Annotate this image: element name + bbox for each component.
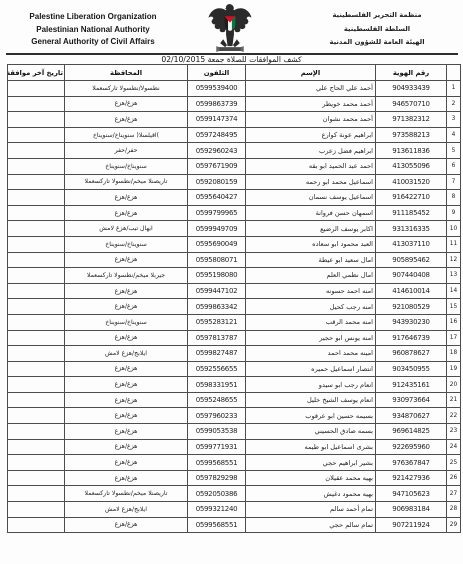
id-cell: 904933439 bbox=[376, 81, 447, 97]
table-row: 21930973664انعام يوسف الشيخ خليل05952486… bbox=[8, 392, 461, 408]
phone-cell: 0592556655 bbox=[188, 361, 246, 377]
gov-cell: هزغ/هزغ bbox=[65, 205, 188, 221]
id-cell: 913611836 bbox=[376, 143, 447, 159]
table-row: 9911185452اسمهان حسن فروانة0599799965هزغ… bbox=[8, 205, 461, 221]
table-row: 11413037110العبد محمود ابو سعاده05956900… bbox=[8, 236, 461, 252]
num-cell: 29 bbox=[447, 517, 461, 533]
phone-cell: 0592080159 bbox=[188, 174, 246, 190]
approval-cell bbox=[8, 96, 65, 112]
gov-cell: هزغ/هزغ bbox=[65, 283, 188, 299]
table-row: 29907211924تمام سالم حجي0599568551هزغ/هز… bbox=[8, 517, 461, 533]
id-cell: 413037110 bbox=[376, 236, 447, 252]
name-cell: اسماعيل يوسف نسمان bbox=[246, 190, 376, 206]
name-cell: ابراهيم عونة كوارع bbox=[246, 127, 376, 143]
phone-cell: 0592960243 bbox=[188, 143, 246, 159]
approvals-table: رقم الهويةالإسمالتلفونالمحافظةتاريخ آخر … bbox=[7, 64, 461, 533]
approval-cell bbox=[8, 268, 65, 284]
phone-cell: 0599568551 bbox=[188, 517, 246, 533]
gov-cell: هزغ/هزغ bbox=[65, 517, 188, 533]
name-cell: بهيه محمد عقيلان bbox=[246, 470, 376, 486]
name-cell: بسيمه حسين ابو عرقوب bbox=[246, 408, 376, 424]
gov-cell: هزغ/هزغ bbox=[65, 299, 188, 315]
num-cell: 13 bbox=[447, 268, 461, 284]
table-row: 22934870627بسيمه حسين ابو عرقوب059796023… bbox=[8, 408, 461, 424]
table-row: 3971382312أحمد محمد نشوان0599147374هزغ/ه… bbox=[8, 112, 461, 128]
id-cell: 906983184 bbox=[376, 502, 447, 518]
phone-cell: 0597960233 bbox=[188, 408, 246, 424]
gov-cell: سنويناخ/سنويناخ bbox=[65, 314, 188, 330]
name-cell: أحمد محمد نشوان bbox=[246, 112, 376, 128]
table-row: 12905895462امال سعيد ابو عيطة0595808071ه… bbox=[8, 252, 461, 268]
table-row: 15921080529امنه رجب كحيل0599863342هزغ/هز… bbox=[8, 299, 461, 315]
name-cell: امنه يونس ابو حجير bbox=[246, 330, 376, 346]
phone-cell: 0599147374 bbox=[188, 112, 246, 128]
approval-cell bbox=[8, 330, 65, 346]
gov-cell: نطسولا/نطسولا تاركسعملا bbox=[65, 81, 188, 97]
approval-cell bbox=[8, 314, 65, 330]
table-row: 8916422710اسماعيل يوسف نسمان0595640427هز… bbox=[8, 190, 461, 206]
num-cell: 9 bbox=[447, 205, 461, 221]
num-cell: 17 bbox=[447, 330, 461, 346]
num-cell: 22 bbox=[447, 408, 461, 424]
gov-cell: سنويناخ/سنويناخ bbox=[65, 236, 188, 252]
gov-cell: تاريصنلا ميخم/نطسولا تاركسعملا bbox=[65, 486, 188, 502]
approval-cell bbox=[8, 205, 65, 221]
name-cell: امينه محمد احمد bbox=[246, 346, 376, 362]
table-row: 23969614825بسمه صادق الحسيني0599053538هز… bbox=[8, 424, 461, 440]
approval-cell bbox=[8, 424, 65, 440]
letterhead-english: Palestine Liberation Organization Palest… bbox=[8, 11, 178, 49]
department-name-arabic: الهيئة العامة للشؤون المدنية bbox=[297, 36, 457, 50]
name-cell: بهيه محمود دغيش bbox=[246, 486, 376, 502]
phone-cell: 0597248495 bbox=[188, 127, 246, 143]
column-header-id: رقم الهوية bbox=[376, 65, 447, 81]
name-cell: بشير ابراهيم حجي bbox=[246, 455, 376, 471]
num-cell: 16 bbox=[447, 314, 461, 330]
org-name-arabic: منظمة التحرير الفلسطينية bbox=[297, 9, 457, 23]
authority-name-arabic: السلطة الفلسطينية bbox=[297, 23, 457, 37]
num-cell: 4 bbox=[447, 127, 461, 143]
num-cell: 23 bbox=[447, 424, 461, 440]
column-header-name: الإسم bbox=[246, 65, 376, 81]
phone-cell: 0597829298 bbox=[188, 470, 246, 486]
id-cell: 943930230 bbox=[376, 314, 447, 330]
table-row: 24922695960بشرى اسماعيل ابو طيمه05997719… bbox=[8, 439, 461, 455]
phone-cell: 0599827487 bbox=[188, 346, 246, 362]
id-cell: 413055096 bbox=[376, 158, 447, 174]
num-cell: 18 bbox=[447, 346, 461, 362]
name-cell: ابراهيم فضل زعرب bbox=[246, 143, 376, 159]
gov-cell: هزغ/هزغ bbox=[65, 361, 188, 377]
phone-cell: 0597671909 bbox=[188, 158, 246, 174]
phone-cell: 0599447102 bbox=[188, 283, 246, 299]
num-cell: 3 bbox=[447, 112, 461, 128]
num-cell: 26 bbox=[447, 470, 461, 486]
table-row: 2946570710أحمد محمد خويطر0599863739هزغ/ه… bbox=[8, 96, 461, 112]
gov-cell: )اقيلسلا( سنويناخ/سنويناخ bbox=[65, 127, 188, 143]
phone-cell: 0595248655 bbox=[188, 392, 246, 408]
approval-cell bbox=[8, 81, 65, 97]
phone-cell: 0597813787 bbox=[188, 330, 246, 346]
table-row: 7410031520اسماعيل محمد ابو رحمه059208015… bbox=[8, 174, 461, 190]
name-cell: بشرى اسماعيل ابو طيمه bbox=[246, 439, 376, 455]
table-row: 27947105623بهيه محمود دغيش0592050386تاري… bbox=[8, 486, 461, 502]
approval-cell bbox=[8, 502, 65, 518]
name-cell: امال سعيد ابو عيطة bbox=[246, 252, 376, 268]
num-cell: 21 bbox=[447, 392, 461, 408]
num-cell: 1 bbox=[447, 81, 461, 97]
table-row: 14414610014امنه احمد حسونه0599447102هزغ/… bbox=[8, 283, 461, 299]
table-header: رقم الهويةالإسمالتلفونالمحافظةتاريخ آخر … bbox=[8, 65, 461, 81]
column-header-gov: المحافظة bbox=[65, 65, 188, 81]
phone-cell: 0599799965 bbox=[188, 205, 246, 221]
num-cell: 27 bbox=[447, 486, 461, 502]
gov-cell: هزغ/هزغ bbox=[65, 408, 188, 424]
id-cell: 922695960 bbox=[376, 439, 447, 455]
name-cell: اسماعيل محمد ابو رحمه bbox=[246, 174, 376, 190]
gov-cell: ايلابج/هزغ لامش bbox=[65, 346, 188, 362]
table-row: 18960878627امينه محمد احمد0599827487ايلا… bbox=[8, 346, 461, 362]
id-cell: 907440408 bbox=[376, 268, 447, 284]
palestine-eagle-emblem-icon bbox=[205, 2, 255, 53]
phone-cell: 0592050386 bbox=[188, 486, 246, 502]
table-header-row: رقم الهويةالإسمالتلفونالمحافظةتاريخ آخر … bbox=[8, 65, 461, 81]
id-cell: 905895462 bbox=[376, 252, 447, 268]
phone-cell: 0599053538 bbox=[188, 424, 246, 440]
table-body: 1904933439أحمد علي الحاج علي0599539400نط… bbox=[8, 81, 461, 533]
name-cell: اسمهان حسن فروانة bbox=[246, 205, 376, 221]
id-cell: 971382312 bbox=[376, 112, 447, 128]
approval-cell bbox=[8, 299, 65, 315]
name-cell: انتصار اسماعيل حميره bbox=[246, 361, 376, 377]
num-cell: 14 bbox=[447, 283, 461, 299]
department-name-english: General Authority of Civil Affairs bbox=[8, 36, 178, 49]
name-cell: امنه محمد الرقب bbox=[246, 314, 376, 330]
num-cell: 20 bbox=[447, 377, 461, 393]
approval-cell bbox=[8, 112, 65, 128]
gov-cell: تاريصنلا ميخم/نطسولا تاركسعملا bbox=[65, 174, 188, 190]
id-cell: 903450955 bbox=[376, 361, 447, 377]
num-cell: 11 bbox=[447, 236, 461, 252]
name-cell: بسمه صادق الحسيني bbox=[246, 424, 376, 440]
approval-cell bbox=[8, 408, 65, 424]
approval-cell bbox=[8, 392, 65, 408]
num-cell: 28 bbox=[447, 502, 461, 518]
num-cell: 24 bbox=[447, 439, 461, 455]
phone-cell: 0599771931 bbox=[188, 439, 246, 455]
approval-cell bbox=[8, 377, 65, 393]
table-row: 28906983184تمام أحمد سالم0599321240ايلاب… bbox=[8, 502, 461, 518]
num-cell: 15 bbox=[447, 299, 461, 315]
id-cell: 911185452 bbox=[376, 205, 447, 221]
approval-cell bbox=[8, 143, 65, 159]
gov-cell: هزغ/هزغ bbox=[65, 330, 188, 346]
table-row: 26921427936بهيه محمد عقيلان0597829298هزغ… bbox=[8, 470, 461, 486]
scanned-approval-list-page: Palestine Liberation Organization Palest… bbox=[0, 0, 463, 564]
name-cell: اكابر يوسف الرضيع bbox=[246, 221, 376, 237]
gov-cell: سنويناخ/سنويناخ bbox=[65, 158, 188, 174]
gov-cell: حفر/حفر bbox=[65, 143, 188, 159]
approval-cell bbox=[8, 236, 65, 252]
approval-cell bbox=[8, 221, 65, 237]
approval-cell bbox=[8, 486, 65, 502]
phone-cell: 0598331951 bbox=[188, 377, 246, 393]
id-cell: 931316335 bbox=[376, 221, 447, 237]
gov-cell: هزغ/هزغ bbox=[65, 377, 188, 393]
gov-cell: هزغ/هزغ bbox=[65, 190, 188, 206]
column-header-num bbox=[447, 65, 461, 81]
org-name-english: Palestine Liberation Organization bbox=[8, 11, 178, 24]
gov-cell: هزغ/هزغ bbox=[65, 112, 188, 128]
num-cell: 12 bbox=[447, 252, 461, 268]
phone-cell: 0595640427 bbox=[188, 190, 246, 206]
name-cell: أحمد محمد خويطر bbox=[246, 96, 376, 112]
phone-cell: 0595690049 bbox=[188, 236, 246, 252]
name-cell: أحمد علي الحاج علي bbox=[246, 81, 376, 97]
document-title: كشف الموافقات للصلاة جمعة 02/10/2015 bbox=[0, 55, 463, 64]
phone-cell: 0595198080 bbox=[188, 268, 246, 284]
id-cell: 934870627 bbox=[376, 408, 447, 424]
column-header-approval: تاريخ آخر موافقة bbox=[8, 65, 65, 81]
letterhead-arabic: منظمة التحرير الفلسطينية السلطة الفلسطين… bbox=[297, 9, 457, 50]
approval-cell bbox=[8, 439, 65, 455]
id-cell: 973588213 bbox=[376, 127, 447, 143]
id-cell: 921427936 bbox=[376, 470, 447, 486]
authority-name-english: Palestinian National Authority bbox=[8, 24, 178, 37]
name-cell: تمام أحمد سالم bbox=[246, 502, 376, 518]
approval-cell bbox=[8, 252, 65, 268]
phone-cell: 0599539400 bbox=[188, 81, 246, 97]
table-row: 6413055096احمد عبد الحميد ابو بقه0597671… bbox=[8, 158, 461, 174]
name-cell: امنه احمد حسونه bbox=[246, 283, 376, 299]
id-cell: 916422710 bbox=[376, 190, 447, 206]
num-cell: 2 bbox=[447, 96, 461, 112]
name-cell: انعام يوسف الشيخ خليل bbox=[246, 392, 376, 408]
id-cell: 917646739 bbox=[376, 330, 447, 346]
name-cell: امنه رجب كحيل bbox=[246, 299, 376, 315]
table-row: 19903450955انتصار اسماعيل حميره059255665… bbox=[8, 361, 461, 377]
table-row: 20912435161انعام رجب ابو سيدو0598331951ه… bbox=[8, 377, 461, 393]
gov-cell: هزغ/هزغ bbox=[65, 392, 188, 408]
id-cell: 912435161 bbox=[376, 377, 447, 393]
name-cell: احمد عبد الحميد ابو بقه bbox=[246, 158, 376, 174]
id-cell: 907211924 bbox=[376, 517, 447, 533]
gov-cell: هزغ/هزغ bbox=[65, 252, 188, 268]
id-cell: 969614825 bbox=[376, 424, 447, 440]
id-cell: 921080529 bbox=[376, 299, 447, 315]
phone-cell: 0599949709 bbox=[188, 221, 246, 237]
table-row: 4973588213ابراهيم عونة كوارع0597248495)ا… bbox=[8, 127, 461, 143]
name-cell: امال نظمي العلم bbox=[246, 268, 376, 284]
approval-cell bbox=[8, 517, 65, 533]
approval-cell bbox=[8, 174, 65, 190]
id-cell: 946570710 bbox=[376, 96, 447, 112]
table-row: 5913611836ابراهيم فضل زعرب0592960243حفر/… bbox=[8, 143, 461, 159]
num-cell: 8 bbox=[447, 190, 461, 206]
id-cell: 414610014 bbox=[376, 283, 447, 299]
column-header-phone: التلفون bbox=[188, 65, 246, 81]
num-cell: 7 bbox=[447, 174, 461, 190]
num-cell: 25 bbox=[447, 455, 461, 471]
id-cell: 960878627 bbox=[376, 346, 447, 362]
num-cell: 6 bbox=[447, 158, 461, 174]
num-cell: 19 bbox=[447, 361, 461, 377]
gov-cell: جيربلا ميخم/نطسولا تاركسعملا bbox=[65, 268, 188, 284]
approval-cell bbox=[8, 158, 65, 174]
gov-cell: ايهال تيب/هزغ لامش bbox=[65, 221, 188, 237]
approval-cell bbox=[8, 283, 65, 299]
approval-cell bbox=[8, 127, 65, 143]
phone-cell: 0599568551 bbox=[188, 455, 246, 471]
gov-cell: هزغ/هزغ bbox=[65, 439, 188, 455]
approval-cell bbox=[8, 455, 65, 471]
id-cell: 976367847 bbox=[376, 455, 447, 471]
approval-cell bbox=[8, 470, 65, 486]
gov-cell: هزغ/هزغ bbox=[65, 424, 188, 440]
num-cell: 10 bbox=[447, 221, 461, 237]
table-row: 17917646739امنه يونس ابو حجير0597813787ه… bbox=[8, 330, 461, 346]
id-cell: 930973664 bbox=[376, 392, 447, 408]
name-cell: تمام سالم حجي bbox=[246, 517, 376, 533]
approval-cell bbox=[8, 361, 65, 377]
id-cell: 410031520 bbox=[376, 174, 447, 190]
gov-cell: هزغ/هزغ bbox=[65, 455, 188, 471]
table-row: 13907440408امال نظمي العلم0595198080جيرب… bbox=[8, 268, 461, 284]
approval-cell bbox=[8, 190, 65, 206]
table-row: 16943930230امنه محمد الرقب0595283121سنوي… bbox=[8, 314, 461, 330]
name-cell: العبد محمود ابو سعاده bbox=[246, 236, 376, 252]
phone-cell: 0599863342 bbox=[188, 299, 246, 315]
phone-cell: 0599863739 bbox=[188, 96, 246, 112]
name-cell: انعام رجب ابو سيدو bbox=[246, 377, 376, 393]
gov-cell: هزغ/هزغ bbox=[65, 470, 188, 486]
table-row: 1904933439أحمد علي الحاج علي0599539400نط… bbox=[8, 81, 461, 97]
phone-cell: 0599321240 bbox=[188, 502, 246, 518]
table-row: 10931316335اكابر يوسف الرضيع0599949709اي… bbox=[8, 221, 461, 237]
gov-cell: هزغ/هزغ bbox=[65, 96, 188, 112]
gov-cell: ايلابج/هزغ لامش bbox=[65, 502, 188, 518]
approval-cell bbox=[8, 346, 65, 362]
table-row: 25976367847بشير ابراهيم حجي0599568551هزغ… bbox=[8, 455, 461, 471]
num-cell: 5 bbox=[447, 143, 461, 159]
id-cell: 947105623 bbox=[376, 486, 447, 502]
phone-cell: 0595808071 bbox=[188, 252, 246, 268]
phone-cell: 0595283121 bbox=[188, 314, 246, 330]
